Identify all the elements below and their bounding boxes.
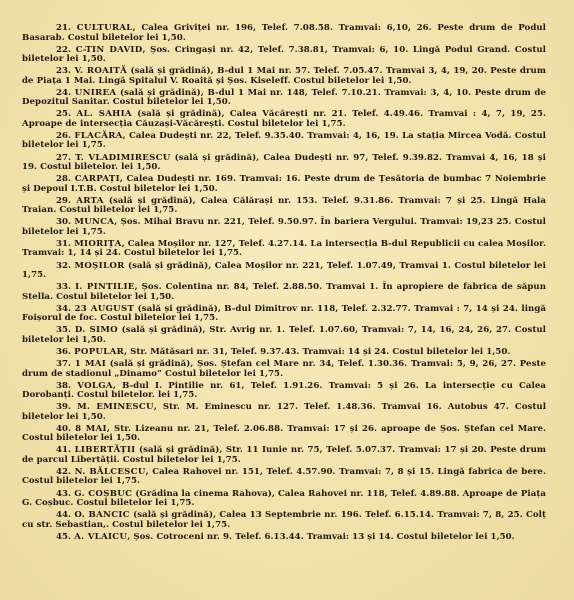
cinema-entry: 28. CARPAȚI, Calea Dudești nr. 169. Tram…	[22, 175, 546, 194]
entry-number: 23.	[56, 66, 71, 76]
cinema-entry: 44. O. BANCIC (sală și grădină), Calea 1…	[22, 511, 546, 530]
entry-number: 34.	[56, 304, 71, 314]
cinema-name: 1 MAI	[75, 359, 106, 369]
entry-number: 24.	[56, 88, 71, 98]
cinema-name: T. VLADIMIRESCU	[75, 153, 170, 163]
cinema-name: LIBERTĂȚII	[75, 445, 136, 455]
cinema-name: AL. SAHIA	[76, 109, 131, 119]
cinema-details: , Str. Mătăsari nr. 31, Telef. 9.37.43. …	[124, 347, 510, 357]
cinema-name: CARPAȚI	[75, 174, 120, 184]
cinema-name: 23 AUGUST	[75, 304, 135, 314]
cinema-listing: 21. CULTURAL, Calea Griviței nr. 196, Te…	[22, 24, 546, 545]
entry-number: 33.	[56, 282, 71, 292]
cinema-entry: 32. MOȘILOR (sală și grădină), Calea Moș…	[22, 262, 546, 281]
entry-number: 28.	[56, 174, 71, 184]
cinema-entry: 43. G. COȘBUC (Grădina la cinema Rahova)…	[22, 490, 546, 509]
cinema-name: MUNCA	[74, 217, 114, 227]
entry-number: 41.	[56, 445, 71, 455]
entry-number: 21.	[56, 23, 71, 33]
entry-number: 45.	[56, 532, 71, 542]
cinema-name: VOLGA	[77, 381, 113, 391]
cinema-name: V. ROAITĂ	[75, 66, 128, 76]
entry-number: 22.	[56, 45, 71, 55]
cinema-entry: 25. AL. SAHIA (sală și grădină), Calea V…	[22, 110, 546, 129]
entry-number: 26.	[56, 131, 71, 141]
cinema-name: MOȘILOR	[75, 261, 125, 271]
cinema-name: ARTA	[76, 196, 103, 206]
cinema-entry: 23. V. ROAITĂ (sală și grădină), B-dul 1…	[22, 67, 546, 86]
cinema-entry: 26. FLACĂRA, Calea Dudești nr. 22, Telef…	[22, 132, 546, 151]
cinema-name: N. BĂLCESCU	[75, 467, 146, 477]
cinema-name: 8 MAI	[75, 424, 107, 434]
cinema-name: I. PINTILIE	[75, 282, 135, 292]
cinema-entry: 41. LIBERTĂȚII (sală și grădină), Str. 1…	[22, 446, 546, 465]
cinema-entry: 40. 8 MAI, Str. Lizeanu nr. 21, Telef. 2…	[22, 425, 546, 444]
cinema-entry: 22. C-TIN DAVID, Șos. Cringași nr. 42, T…	[22, 46, 546, 65]
entry-number: 35.	[56, 325, 71, 335]
cinema-name: POPULAR	[74, 347, 124, 357]
cinema-name: D. SIMO	[75, 325, 118, 335]
entry-number: 37.	[56, 359, 71, 369]
cinema-entry: 29. ARTA (sală și grădină), Calea Călăra…	[22, 197, 546, 216]
cinema-entry: 38. VOLGA, B-dul I. Pintilie nr. 61, Tel…	[22, 382, 546, 401]
cinema-details: , Șos. Cotroceni nr. 9. Telef. 6.13.44. …	[127, 532, 514, 542]
cinema-entry: 27. T. VLADIMIRESCU (sală și grădină), C…	[22, 154, 546, 173]
entry-number: 43.	[56, 489, 71, 499]
cinema-name: UNIREA	[75, 88, 117, 98]
cinema-name: M. EMINESCU	[77, 402, 154, 412]
entry-number: 44.	[56, 510, 71, 520]
entry-number: 39.	[56, 402, 71, 412]
entry-number: 30.	[56, 217, 71, 227]
cinema-entry: 21. CULTURAL, Calea Griviței nr. 196, Te…	[22, 24, 546, 43]
cinema-name: O. BANCIC	[74, 510, 129, 520]
cinema-entry: 31. MIORIȚA, Calea Moșilor nr. 127, Tele…	[22, 240, 546, 259]
cinema-name: C-TIN DAVID	[76, 45, 143, 55]
cinema-entry: 45. A. VLAICU, Șos. Cotroceni nr. 9. Tel…	[22, 533, 546, 543]
cinema-entry: 42. N. BĂLCESCU, Calea Rahovei nr. 151, …	[22, 468, 546, 487]
entry-number: 32.	[56, 261, 71, 271]
entry-number: 38.	[56, 381, 71, 391]
entry-number: 29.	[56, 196, 71, 206]
cinema-entry: 33. I. PINTILIE, Șos. Colentina nr. 84, …	[22, 283, 546, 302]
entry-number: 42.	[56, 467, 71, 477]
cinema-name: A. VLAICU	[74, 532, 127, 542]
entry-number: 31.	[56, 239, 71, 249]
entry-number: 40.	[56, 424, 71, 434]
cinema-name: FLACĂRA	[74, 131, 122, 141]
entry-number: 25.	[56, 109, 71, 119]
cinema-name: MIORIȚA	[74, 239, 121, 249]
cinema-entry: 24. UNIREA (sală și grădină), B-dul 1 Ma…	[22, 89, 546, 108]
cinema-name: CULTURAL	[77, 23, 133, 33]
cinema-entry: 34. 23 AUGUST (sală și grădină), B-dul D…	[22, 305, 546, 324]
cinema-entry: 35. D. SIMO (sală și grădină), Str. Avri…	[22, 326, 546, 345]
cinema-entry: 39. M. EMINESCU, Str. M. Eminescu nr. 12…	[22, 403, 546, 422]
cinema-name: G. COȘBUC	[74, 489, 132, 499]
entry-number: 27.	[56, 153, 71, 163]
entry-number: 36.	[56, 347, 71, 357]
cinema-entry: 30. MUNCA, Șos. Mihai Bravu nr. 221, Tel…	[22, 218, 546, 237]
cinema-entry: 37. 1 MAI (sală și grădină), Șos. Ștefan…	[22, 360, 546, 379]
cinema-entry: 36. POPULAR, Str. Mătăsari nr. 31, Telef…	[22, 348, 546, 358]
